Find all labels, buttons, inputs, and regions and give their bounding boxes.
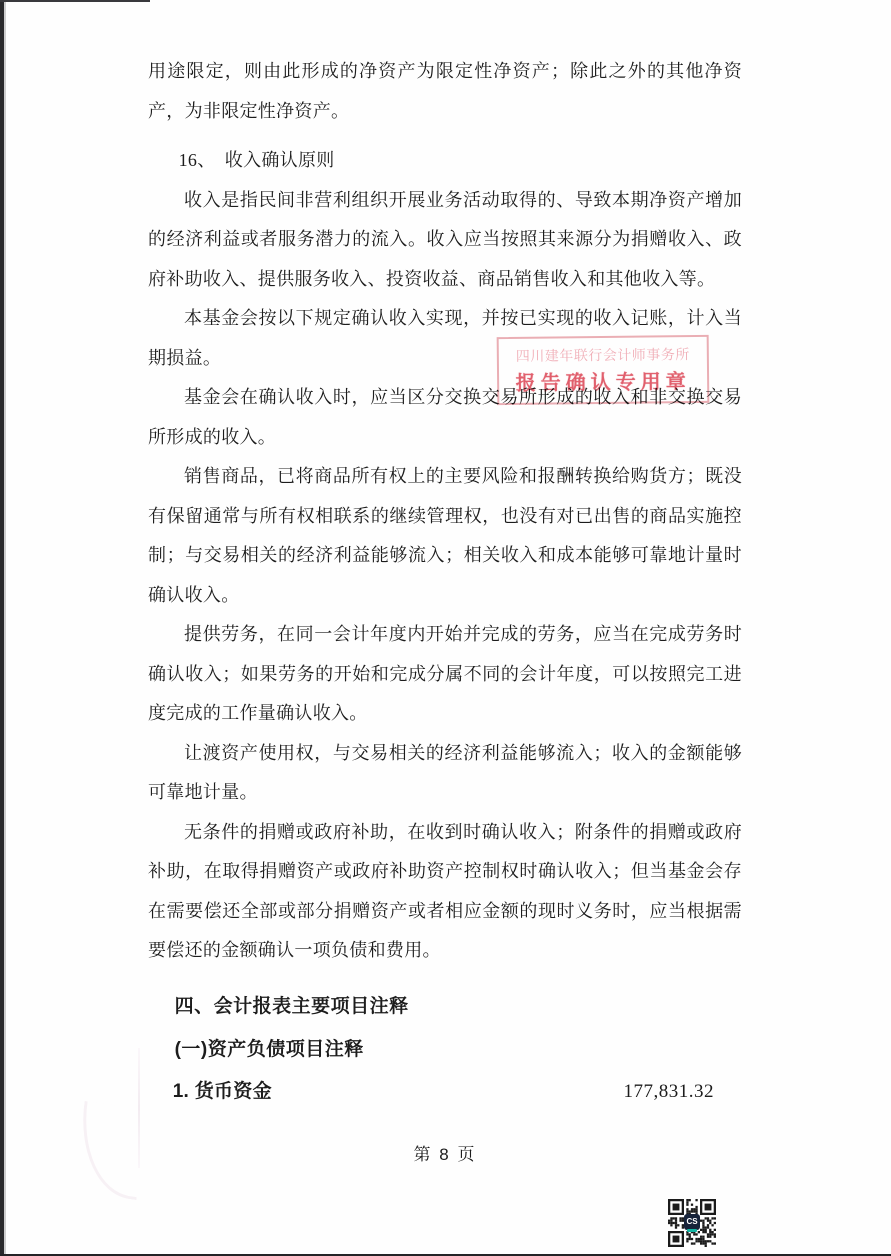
line-item-label: 1. 货币资金 — [148, 1072, 272, 1112]
paragraph: 基金会在确认收入时，应当区分交换交易所形成的收入和非交换交易所形成的收入。 — [148, 378, 742, 457]
scan-edge-left-shadow — [4, 0, 6, 1256]
scan-edge-top — [0, 0, 150, 2]
scanned-audit-report-page: { "doc": { "continuation": "用途限定，则由此形成的净… — [0, 0, 891, 1256]
qr-code: CS — [668, 1199, 716, 1247]
paragraph: 提供劳务，在同一会计年度内开始并完成的劳务，应当在完成劳务时确认收入；如果劳务的… — [148, 615, 742, 734]
section-4-heading: 四、会计报表主要项目注释 — [148, 987, 742, 1027]
paragraph: 本基金会按以下规定确认收入实现，并按已实现的收入记账，计入当期损益。 — [148, 299, 742, 378]
qr-center-logo: CS — [684, 1214, 700, 1230]
line-item-value: 177,831.32 — [624, 1072, 743, 1112]
paragraph-continuation: 用途限定，则由此形成的净资产为限定性净资产；除此之外的其他净资产，为非限定性净资… — [148, 52, 742, 131]
paragraph: 收入是指民间非营利组织开展业务活动取得的、导致本期净资产增加的经济利益或者服务潜… — [148, 181, 742, 300]
page-number: 第 8 页 — [148, 1135, 742, 1175]
section-16-heading: 16、 收入确认原则 — [148, 141, 742, 181]
document-body: 用途限定，则由此形成的净资产为限定性净资产；除此之外的其他净资产，为非限定性净资… — [148, 52, 742, 1175]
paragraph: 让渡资产使用权，与交易相关的经济利益能够流入；收入的金额能够可靠地计量。 — [148, 734, 742, 813]
paragraph: 销售商品，已将商品所有权上的主要风险和报酬转换给购货方；既没有保留通常与所有权相… — [148, 457, 742, 615]
paper-crease-line — [138, 1048, 140, 1168]
subsection-heading: (一)资产负债项目注释 — [148, 1030, 742, 1070]
line-item-monetary-funds: 1. 货币资金 177,831.32 — [148, 1072, 742, 1112]
paragraph: 无条件的捐赠或政府补助，在收到时确认收入；附条件的捐赠或政府补助，在取得捐赠资产… — [148, 813, 742, 971]
